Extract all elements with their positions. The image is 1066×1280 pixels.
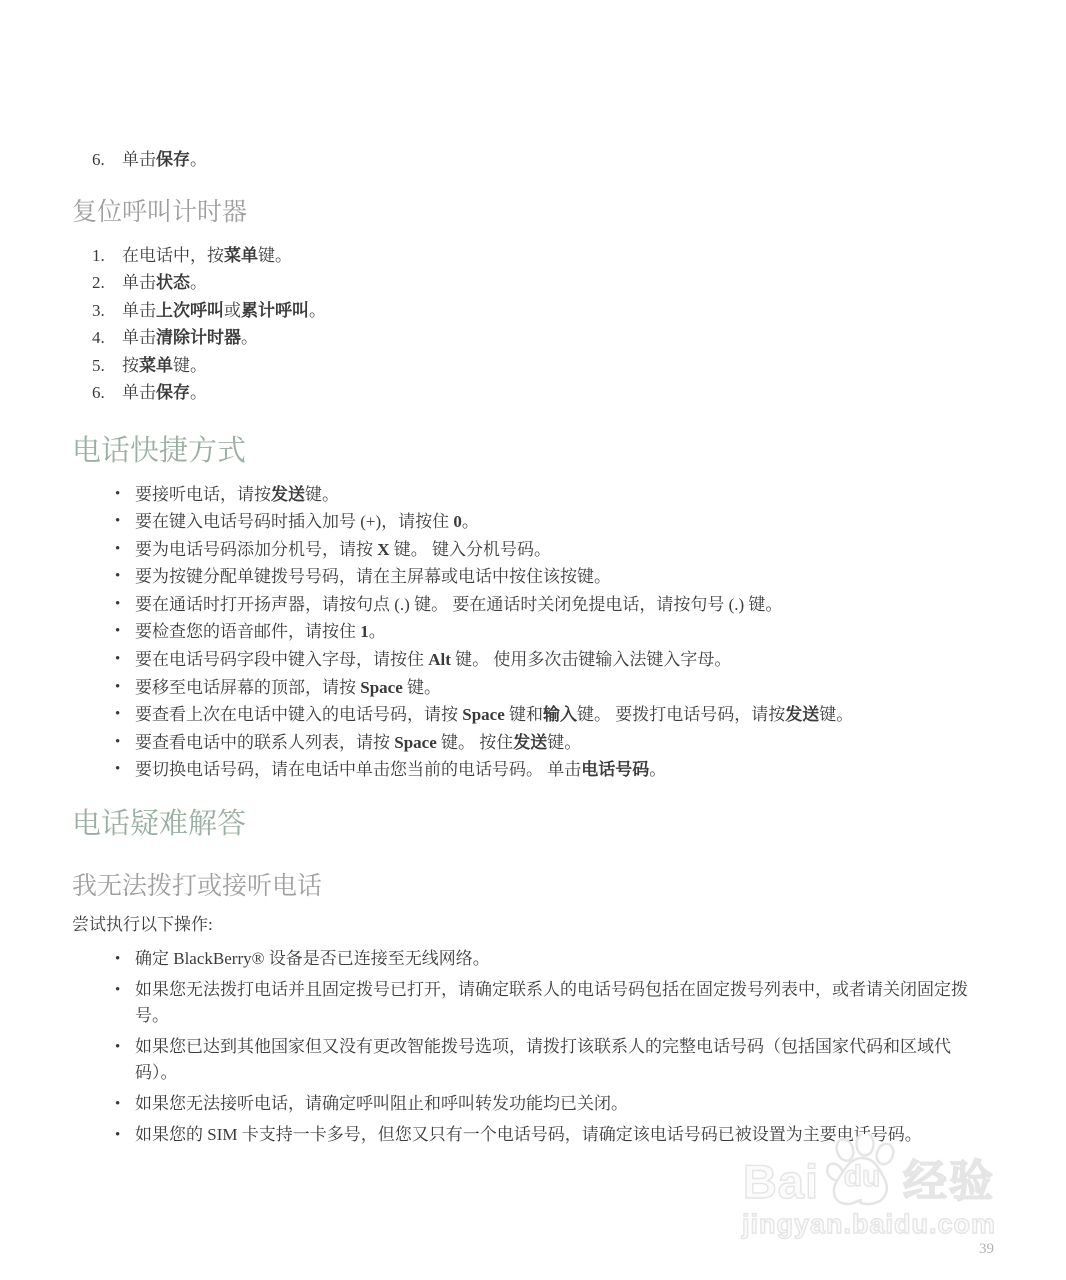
list-item: •如果您已达到其他国家但又没有更改智能拨号选项，请拨打该联系人的完整电话号码（包… xyxy=(72,1034,988,1086)
bullet-marker: • xyxy=(115,1034,135,1086)
bullet-marker: • xyxy=(115,646,135,674)
watermark-bai-text: Bai xyxy=(743,1160,819,1204)
bullet-marker: • xyxy=(115,481,135,509)
list-item: 6.单击保存。 xyxy=(72,146,988,174)
list-item: •要在电话号码字段中键入字母，请按住 Alt 键。 使用多次击键输入法键入字母。 xyxy=(72,646,988,674)
list-item-text: 要在通话时打开扬声器，请按句点 (.) 键。 要在通话时关闭免提电话，请按句号 … xyxy=(135,591,988,619)
bullet-marker: • xyxy=(115,946,135,972)
list-item-text: 要切换电话号码，请在电话中单击您当前的电话号码。 单击电话号码。 xyxy=(135,756,988,784)
number-marker: 5. xyxy=(92,352,122,380)
section-heading-phone-shortcuts: 电话快捷方式 xyxy=(72,431,988,471)
list-item: •要为电话号码添加分机号，请按 X 键。 键入分机号码。 xyxy=(72,536,988,564)
list-item: •要查看上次在电话中键入的电话号码，请按 Space 键和输入键。 要拨打电话号… xyxy=(72,701,988,729)
list-item-text: 要查看电话中的联系人列表，请按 Space 键。 按住发送键。 xyxy=(135,729,988,757)
list-item-text: 要移至电话屏幕的顶部，请按 Space 键。 xyxy=(135,674,988,702)
list-item-text: 确定 BlackBerry® 设备是否已连接至无线网络。 xyxy=(135,946,988,972)
watermark-logo-row: Bai du 经验 xyxy=(742,1134,996,1204)
number-marker: 6. xyxy=(92,379,122,407)
list-item-text: 单击保存。 xyxy=(122,146,988,174)
continuation-list: 6.单击保存。 xyxy=(72,146,988,174)
list-item-text: 单击保存。 xyxy=(122,379,988,407)
bullet-marker: • xyxy=(115,977,135,1029)
bullet-marker: • xyxy=(115,756,135,784)
list-item-text: 要在电话号码字段中键入字母，请按住 Alt 键。 使用多次击键输入法键入字母。 xyxy=(135,646,988,674)
watermark-url: jingyan.baidu.com xyxy=(742,1206,996,1242)
list-item: •要查看电话中的联系人列表，请按 Space 键。 按住发送键。 xyxy=(72,729,988,757)
list-item-text: 如果您无法拨打电话并且固定拨号已打开，请确定联系人的电话号码包括在固定拨号列表中… xyxy=(135,977,988,1029)
bullet-marker: • xyxy=(115,563,135,591)
section-heading-phone-troubleshooting: 电话疑难解答 xyxy=(72,804,988,844)
watermark-du-text: du xyxy=(844,1160,881,1194)
list-item-text: 如果您已达到其他国家但又没有更改智能拨号选项，请拨打该联系人的完整电话号码（包括… xyxy=(135,1034,988,1086)
list-item-text: 要在键入电话号码时插入加号 (+)，请按住 0。 xyxy=(135,508,988,536)
list-item-text: 要接听电话，请按发送键。 xyxy=(135,481,988,509)
bullet-marker: • xyxy=(115,674,135,702)
number-marker: 2. xyxy=(92,269,122,297)
list-item-text: 要为按键分配单键拨号号码，请在主屏幕或电话中按住该按键。 xyxy=(135,563,988,591)
list-item-text: 要查看上次在电话中键入的电话号码，请按 Space 键和输入键。 要拨打电话号码… xyxy=(135,701,988,729)
list-item: 3.单击上次呼叫或累计呼叫。 xyxy=(72,297,988,325)
bullet-marker: • xyxy=(115,1091,135,1117)
list-item-text: 如果您无法接听电话，请确定呼叫阻止和呼叫转发功能均已关闭。 xyxy=(135,1091,988,1117)
list-item: •如果您无法拨打电话并且固定拨号已打开，请确定联系人的电话号码包括在固定拨号列表… xyxy=(72,977,988,1029)
watermark-jingyan-text: 经验 xyxy=(903,1160,995,1204)
list-item: 5.按菜单键。 xyxy=(72,352,988,380)
list-item: •要为按键分配单键拨号号码，请在主屏幕或电话中按住该按键。 xyxy=(72,563,988,591)
troubleshooting-list: •确定 BlackBerry® 设备是否已连接至无线网络。•如果您无法拨打电话并… xyxy=(72,946,988,1148)
list-item: 1.在电话中，按菜单键。 xyxy=(72,242,988,270)
list-item: 2.单击状态。 xyxy=(72,269,988,297)
list-item-text: 单击状态。 xyxy=(122,269,988,297)
baidu-jingyan-watermark: Bai du 经验 jingyan.baidu.com xyxy=(742,1134,996,1242)
list-item: •如果您无法接听电话，请确定呼叫阻止和呼叫转发功能均已关闭。 xyxy=(72,1091,988,1117)
list-item-text: 按菜单键。 xyxy=(122,352,988,380)
manual-page: 6.单击保存。 复位呼叫计时器 1.在电话中，按菜单键。2.单击状态。3.单击上… xyxy=(0,0,1066,1280)
reset-timer-steps-list: 1.在电话中，按菜单键。2.单击状态。3.单击上次呼叫或累计呼叫。4.单击清除计… xyxy=(72,242,988,407)
list-item-text: 在电话中，按菜单键。 xyxy=(122,242,988,270)
page-content: 6.单击保存。 复位呼叫计时器 1.在电话中，按菜单键。2.单击状态。3.单击上… xyxy=(0,0,1066,1148)
list-item-text: 要为电话号码添加分机号，请按 X 键。 键入分机号码。 xyxy=(135,536,988,564)
list-item: •要在通话时打开扬声器，请按句点 (.) 键。 要在通话时关闭免提电话，请按句号… xyxy=(72,591,988,619)
number-marker: 3. xyxy=(92,297,122,325)
list-item: •要移至电话屏幕的顶部，请按 Space 键。 xyxy=(72,674,988,702)
bullet-marker: • xyxy=(115,729,135,757)
bullet-marker: • xyxy=(115,1122,135,1148)
troubleshooting-intro: 尝试执行以下操作: xyxy=(72,912,988,938)
list-item: •确定 BlackBerry® 设备是否已连接至无线网络。 xyxy=(72,946,988,972)
bullet-marker: • xyxy=(115,618,135,646)
number-marker: 6. xyxy=(92,146,122,174)
phone-shortcuts-list: •要接听电话，请按发送键。•要在键入电话号码时插入加号 (+)，请按住 0。•要… xyxy=(72,481,988,785)
list-item-text: 要检查您的语音邮件，请按住 1。 xyxy=(135,618,988,646)
page-number: 39 xyxy=(979,1241,994,1258)
list-item: •要在键入电话号码时插入加号 (+)，请按住 0。 xyxy=(72,508,988,536)
number-marker: 1. xyxy=(92,242,122,270)
baidu-paw-icon: du xyxy=(823,1134,901,1210)
list-item-text: 单击清除计时器。 xyxy=(122,324,988,352)
list-item: •要切换电话号码，请在电话中单击您当前的电话号码。 单击电话号码。 xyxy=(72,756,988,784)
list-item: •要检查您的语音邮件，请按住 1。 xyxy=(72,618,988,646)
section-subheading-cannot-make-calls: 我无法拨打或接听电话 xyxy=(72,870,988,904)
bullet-marker: • xyxy=(115,701,135,729)
number-marker: 4. xyxy=(92,324,122,352)
bullet-marker: • xyxy=(115,508,135,536)
bullet-marker: • xyxy=(115,591,135,619)
list-item: •要接听电话，请按发送键。 xyxy=(72,481,988,509)
bullet-marker: • xyxy=(115,536,135,564)
list-item: 4.单击清除计时器。 xyxy=(72,324,988,352)
list-item: 6.单击保存。 xyxy=(72,379,988,407)
list-item-text: 单击上次呼叫或累计呼叫。 xyxy=(122,297,988,325)
section-subheading-reset-call-timer: 复位呼叫计时器 xyxy=(72,196,988,230)
